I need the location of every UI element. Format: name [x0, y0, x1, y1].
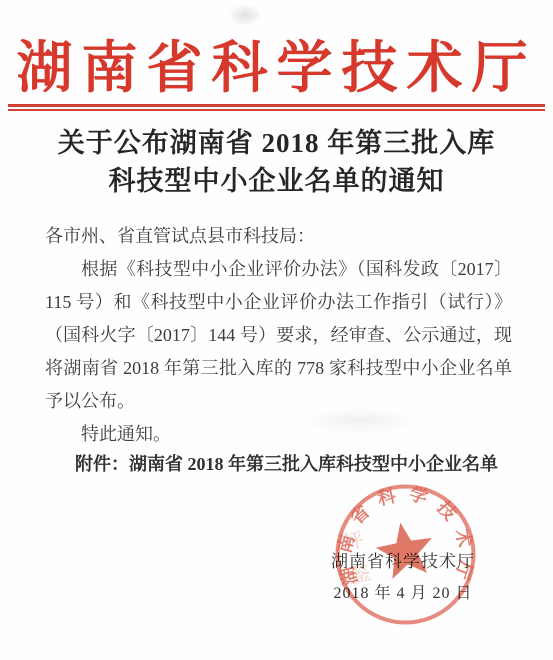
- document-page: 湖南省科学技术厅 关于公布湖南省 2018 年第三批入库 科技型中小企业名单的通…: [0, 0, 553, 660]
- body-paragraph: 根据《科技型中小企业评价办法》（国科发政〔2017〕115 号）和《科技型中小企…: [45, 253, 512, 418]
- signature-date: 2018 年 4 月 20 日: [322, 583, 484, 605]
- notice-title: 关于公布湖南省 2018 年第三批入库 科技型中小企业名单的通知: [0, 124, 553, 200]
- signature-agency: 湖南省科学技术厅: [322, 550, 484, 574]
- salutation-line: 各市州、省直管试点县市科技局：: [45, 220, 512, 253]
- notice-body: 各市州、省直管试点县市科技局： 根据《科技型中小企业评价办法》（国科发政〔201…: [45, 220, 512, 451]
- letterhead-agency-name: 湖南省科学技术厅: [0, 36, 553, 102]
- notice-title-line1: 关于公布湖南省 2018 年第三批入库: [0, 124, 553, 162]
- notice-title-line2: 科技型中小企业名单的通知: [0, 162, 553, 200]
- signature-block: 湖南省科学技术厅 2018 年 4 月 20 日: [322, 550, 484, 605]
- letterhead-double-rule: [8, 104, 545, 111]
- closing-line: 特此通知。: [45, 418, 512, 451]
- attachment-line: 附件：湖南省 2018 年第三批入库科技型中小企业名单: [75, 452, 535, 476]
- scan-smudge: [228, 4, 262, 26]
